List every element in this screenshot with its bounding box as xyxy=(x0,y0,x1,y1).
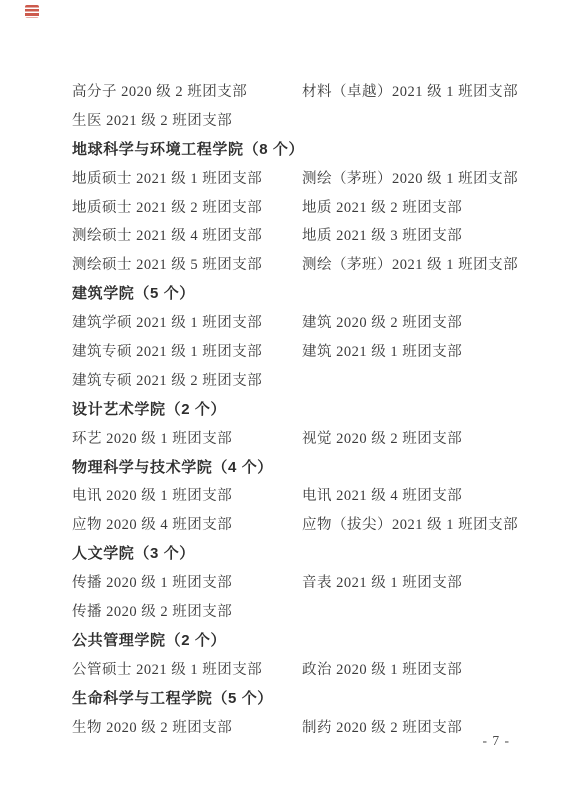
branch-row: 应物 2020 级 4 班团支部 应物（拔尖）2021 级 1 班团支部 xyxy=(72,509,506,538)
branch-name-left-column: 传播 2020 级 2 班团支部 xyxy=(72,600,302,621)
branch-name-right-column: 政治 2020 级 1 班团支部 xyxy=(302,658,506,679)
branch-name-left-column: 建筑专硕 2021 级 1 班团支部 xyxy=(72,340,302,361)
branch-row: 环艺 2020 级 1 班团支部 视觉 2020 级 2 班团支部 xyxy=(72,423,506,452)
branch-name-right-column: 测绘（茅班）2021 级 1 班团支部 xyxy=(302,253,518,274)
branch-row: 传播 2020 级 2 班团支部 xyxy=(72,596,506,625)
branch-list: 高分子 2020 级 2 班团支部 材料（卓越）2021 级 1 班团支部 生医… xyxy=(72,76,506,740)
branch-row: 地质硕士 2021 级 2 班团支部 地质 2021 级 2 班团支部 xyxy=(72,192,506,221)
college-header-row: 建筑学院（5 个） xyxy=(72,278,506,307)
branch-name-right-column: 视觉 2020 级 2 班团支部 xyxy=(302,427,506,448)
branch-name-right-column: 材料（卓越）2021 级 1 班团支部 xyxy=(302,80,518,101)
branch-row: 生物 2020 级 2 班团支部 制药 2020 级 2 班团支部 xyxy=(72,712,506,741)
branch-name-right-column: 音表 2021 级 1 班团支部 xyxy=(302,571,506,592)
branch-name-left-column: 环艺 2020 级 1 班团支部 xyxy=(72,427,302,448)
branch-row: 高分子 2020 级 2 班团支部 材料（卓越）2021 级 1 班团支部 xyxy=(72,76,506,105)
college-header-row: 物理科学与技术学院（4 个） xyxy=(72,452,506,481)
branch-name-right-column: 地质 2021 级 3 班团支部 xyxy=(302,224,506,245)
college-header-text: 设计艺术学院（2 个） xyxy=(72,398,226,419)
college-header-row: 公共管理学院（2 个） xyxy=(72,625,506,654)
branch-name-left-column: 传播 2020 级 1 班团支部 xyxy=(72,571,302,592)
branch-row: 地质硕士 2021 级 1 班团支部 测绘（茅班）2020 级 1 班团支部 xyxy=(72,163,506,192)
branch-name-left-column: 建筑专硕 2021 级 2 班团支部 xyxy=(72,369,302,390)
branch-name-right-column: 电讯 2021 级 4 班团支部 xyxy=(302,484,506,505)
branch-row: 生医 2021 级 2 班团支部 xyxy=(72,105,506,134)
branch-name-right-column: 测绘（茅班）2020 级 1 班团支部 xyxy=(302,167,518,188)
branch-row: 建筑专硕 2021 级 2 班团支部 xyxy=(72,365,506,394)
branch-name-left-column: 测绘硕士 2021 级 4 班团支部 xyxy=(72,224,302,245)
branch-name-left-column: 高分子 2020 级 2 班团支部 xyxy=(72,80,302,101)
college-header-text: 地球科学与环境工程学院（8 个） xyxy=(72,138,304,159)
college-header-text: 公共管理学院（2 个） xyxy=(72,629,226,650)
red-stamp-icon xyxy=(25,5,39,18)
college-header-row: 人文学院（3 个） xyxy=(72,538,506,567)
branch-name-left-column: 生医 2021 级 2 班团支部 xyxy=(72,109,302,130)
branch-row: 公管硕士 2021 级 1 班团支部 政治 2020 级 1 班团支部 xyxy=(72,654,506,683)
branch-name-right-column: 制药 2020 级 2 班团支部 xyxy=(302,716,506,737)
college-header-text: 物理科学与技术学院（4 个） xyxy=(72,456,273,477)
branch-name-left-column: 地质硕士 2021 级 2 班团支部 xyxy=(72,196,302,217)
college-header-text: 生命科学与工程学院（5 个） xyxy=(72,687,273,708)
college-header-row: 生命科学与工程学院（5 个） xyxy=(72,683,506,712)
branch-name-right-column: 建筑 2020 级 2 班团支部 xyxy=(302,311,506,332)
branch-row: 传播 2020 级 1 班团支部 音表 2021 级 1 班团支部 xyxy=(72,567,506,596)
branch-row: 测绘硕士 2021 级 4 班团支部 地质 2021 级 3 班团支部 xyxy=(72,220,506,249)
college-header-row: 地球科学与环境工程学院（8 个） xyxy=(72,134,506,163)
college-header-row: 设计艺术学院（2 个） xyxy=(72,394,506,423)
branch-row: 测绘硕士 2021 级 5 班团支部 测绘（茅班）2021 级 1 班团支部 xyxy=(72,249,506,278)
branch-name-left-column: 电讯 2020 级 1 班团支部 xyxy=(72,484,302,505)
branch-row: 建筑学硕 2021 级 1 班团支部 建筑 2020 级 2 班团支部 xyxy=(72,307,506,336)
branch-name-left-column: 应物 2020 级 4 班团支部 xyxy=(72,513,302,534)
branch-name-left-column: 地质硕士 2021 级 1 班团支部 xyxy=(72,167,302,188)
document-page: 高分子 2020 级 2 班团支部 材料（卓越）2021 级 1 班团支部 生医… xyxy=(0,0,566,800)
branch-name-left-column: 公管硕士 2021 级 1 班团支部 xyxy=(72,658,302,679)
branch-row: 建筑专硕 2021 级 1 班团支部 建筑 2021 级 1 班团支部 xyxy=(72,336,506,365)
branch-name-right-column: 建筑 2021 级 1 班团支部 xyxy=(302,340,506,361)
branch-name-left-column: 生物 2020 级 2 班团支部 xyxy=(72,716,302,737)
branch-name-left-column: 测绘硕士 2021 级 5 班团支部 xyxy=(72,253,302,274)
branch-name-left-column: 建筑学硕 2021 级 1 班团支部 xyxy=(72,311,302,332)
page-number: - 7 - xyxy=(483,733,511,749)
branch-row: 电讯 2020 级 1 班团支部 电讯 2021 级 4 班团支部 xyxy=(72,480,506,509)
branch-name-right-column: 地质 2021 级 2 班团支部 xyxy=(302,196,506,217)
college-header-text: 人文学院（3 个） xyxy=(72,542,195,563)
branch-name-right-column: 应物（拔尖）2021 级 1 班团支部 xyxy=(302,513,518,534)
college-header-text: 建筑学院（5 个） xyxy=(72,282,195,303)
